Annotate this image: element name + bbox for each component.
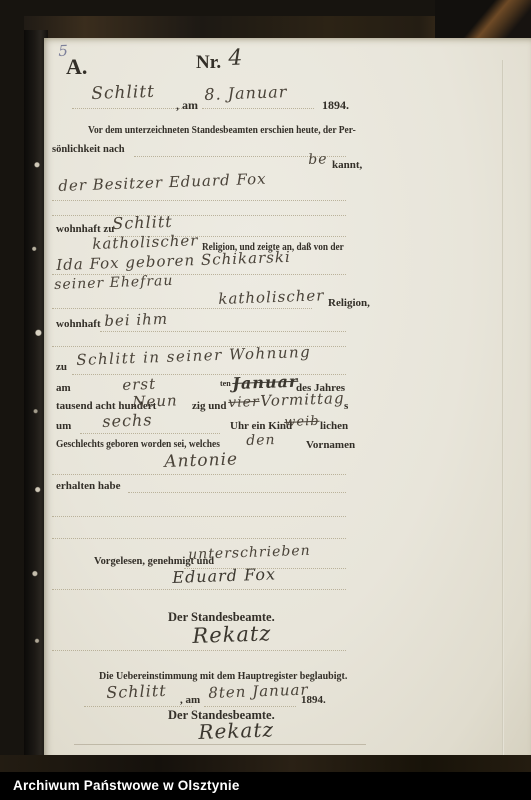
uhr-ein-kind-label: Uhr ein Kind (230, 420, 292, 432)
daytime-entry: Vormittag (260, 389, 345, 410)
registrar-signature-1: Rekatz (192, 621, 272, 648)
cert-am-label: , am (180, 694, 200, 706)
den-entry: den (246, 432, 276, 449)
wohnhaft-label-2: wohnhaft (56, 318, 101, 330)
form-rule-line (52, 274, 346, 275)
page-sheet: 5 A. Nr. 4 Schlitt , am 8. Januar 1894. … (44, 38, 531, 757)
am-label: am (56, 382, 71, 394)
book-spine-scuffs (30, 120, 44, 680)
form-rule-line (72, 108, 190, 109)
religion-entry-1: katholischer (92, 231, 199, 253)
dateline-place: Schlitt (91, 82, 155, 104)
s-suffix-label: s (344, 400, 348, 412)
religion-entry-2: katholischer (218, 286, 325, 308)
form-rule-line (128, 492, 346, 493)
zig-und-label: zig und (192, 400, 227, 412)
form-rule-line (100, 331, 346, 332)
zu-label: zu (56, 361, 67, 373)
form-rule-line (52, 589, 346, 590)
form-rule-line (52, 474, 346, 475)
form-rule-line (52, 215, 346, 216)
form-rule-line (204, 706, 296, 707)
um-label: um (56, 420, 71, 432)
religion-label-2: Religion, (328, 297, 370, 309)
form-rule-line (52, 308, 312, 309)
signature-underline (74, 744, 366, 745)
page-edge-crease (502, 60, 504, 757)
intro-line-2: sönlichkeit nach (52, 144, 125, 155)
archive-bar-label: Archiwum Państwowe w Olsztynie (13, 778, 240, 793)
form-rule-line (84, 706, 192, 707)
gender-entry: weib (284, 414, 320, 430)
vornamen-label: Vornamen (306, 439, 355, 451)
intro-line-1: Vor dem unterzeichneten Standesbeamten e… (88, 125, 356, 136)
father-signature: Eduard Fox (172, 564, 276, 587)
residence-entry-2: bei ihm (104, 310, 168, 330)
form-rule-line (52, 516, 346, 517)
printed-kannt: kannt, (332, 159, 362, 171)
section-letter: A. (66, 54, 87, 80)
cert-year: 1894. (301, 694, 326, 706)
scanned-register-photo: 5 A. Nr. 4 Schlitt , am 8. Januar 1894. … (0, 0, 531, 800)
child-name-entry: Antonie (164, 449, 238, 472)
certification-label: Die Uebereinstimmung mit dem Hauptregist… (99, 671, 347, 682)
declarant-entry: der Besitzer Eduard Fox (58, 170, 267, 195)
relation-entry: seiner Ehefrau (54, 273, 174, 293)
birth-day-entry: erst (122, 375, 156, 394)
printed-am-label: , am (176, 98, 198, 113)
form-rule-line (52, 538, 346, 539)
dateline-date: 8. Januar (204, 82, 288, 104)
form-rule-line (72, 374, 346, 375)
form-rule-line (52, 650, 346, 651)
residence-entry: Schlitt (112, 212, 173, 233)
archive-bar: Archiwum Państwowe w Olsztynie (0, 772, 531, 800)
unterschrieben-entry: unterschrieben (188, 543, 311, 563)
record-number-value: 4 (228, 45, 244, 71)
wohnhaft-zu-label: wohnhaft zu (56, 223, 114, 235)
year-ones-entry: vier (228, 394, 260, 411)
ten-suffix: ten (220, 379, 231, 388)
dateline-year: 1894. (322, 98, 349, 113)
mother-entry: Ida Fox geboren Schikarski (56, 248, 291, 274)
form-rule-line (202, 108, 314, 109)
lichen-label: lichen (320, 420, 348, 432)
form-rule-line (80, 433, 220, 434)
erhalten-habe-label: erhalten habe (56, 480, 120, 492)
cert-date: 8ten Januar (208, 681, 309, 702)
form-rule-line (52, 200, 346, 201)
year-tens-entry: Neun (132, 391, 178, 411)
hour-entry: sechs (102, 410, 153, 431)
cert-place: Schlitt (106, 681, 167, 702)
record-number-label: Nr. (196, 52, 221, 74)
hand-bekannt-prefix: be (308, 151, 328, 168)
registrar-signature-2: Rekatz (198, 717, 274, 744)
birth-month-entry: Januar (232, 372, 299, 393)
geschlechts-label: Geschlechts geboren worden sei, welches (56, 439, 220, 450)
